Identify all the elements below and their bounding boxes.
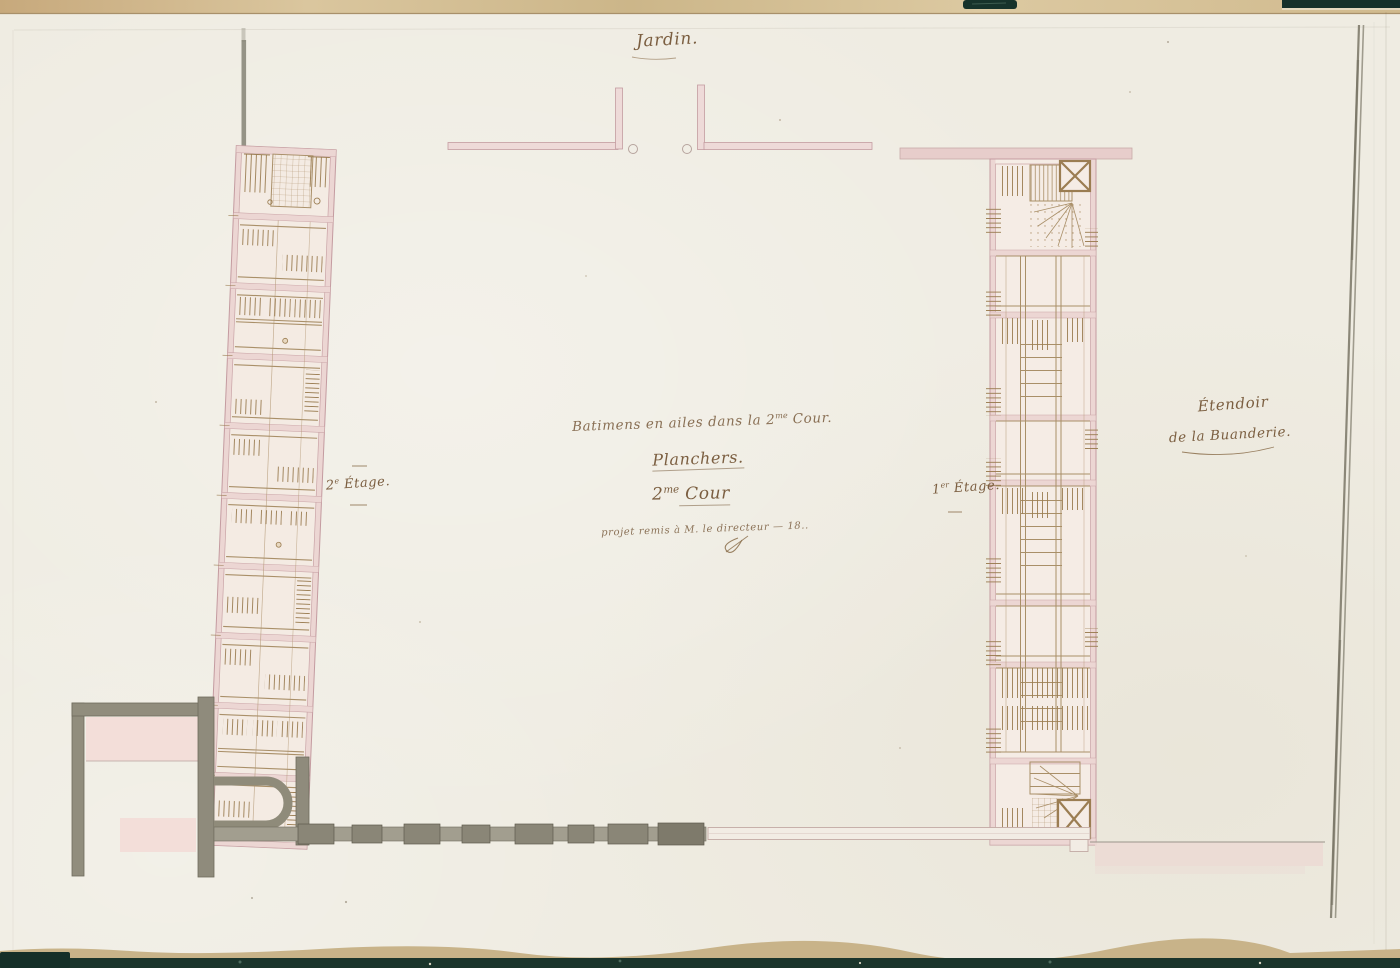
binding-top-edge xyxy=(0,0,1400,14)
left-wing-plan xyxy=(202,145,336,849)
binding-bottom-edge xyxy=(0,938,1400,968)
laundry-yard-wall xyxy=(1331,25,1364,918)
label-flourishes xyxy=(350,57,1274,552)
garden-wall xyxy=(242,28,247,150)
courtyard-south-wall xyxy=(214,823,1090,852)
garden-gateway-walls xyxy=(448,85,1132,159)
laundry-yard-pink-wash xyxy=(1090,842,1325,874)
center-title-line3: 2me Cour xyxy=(626,483,756,505)
right-wing-plan xyxy=(986,159,1098,845)
drawing-sheet: Jardin. Batimens en ailes dans la 2me Co… xyxy=(0,0,1400,968)
